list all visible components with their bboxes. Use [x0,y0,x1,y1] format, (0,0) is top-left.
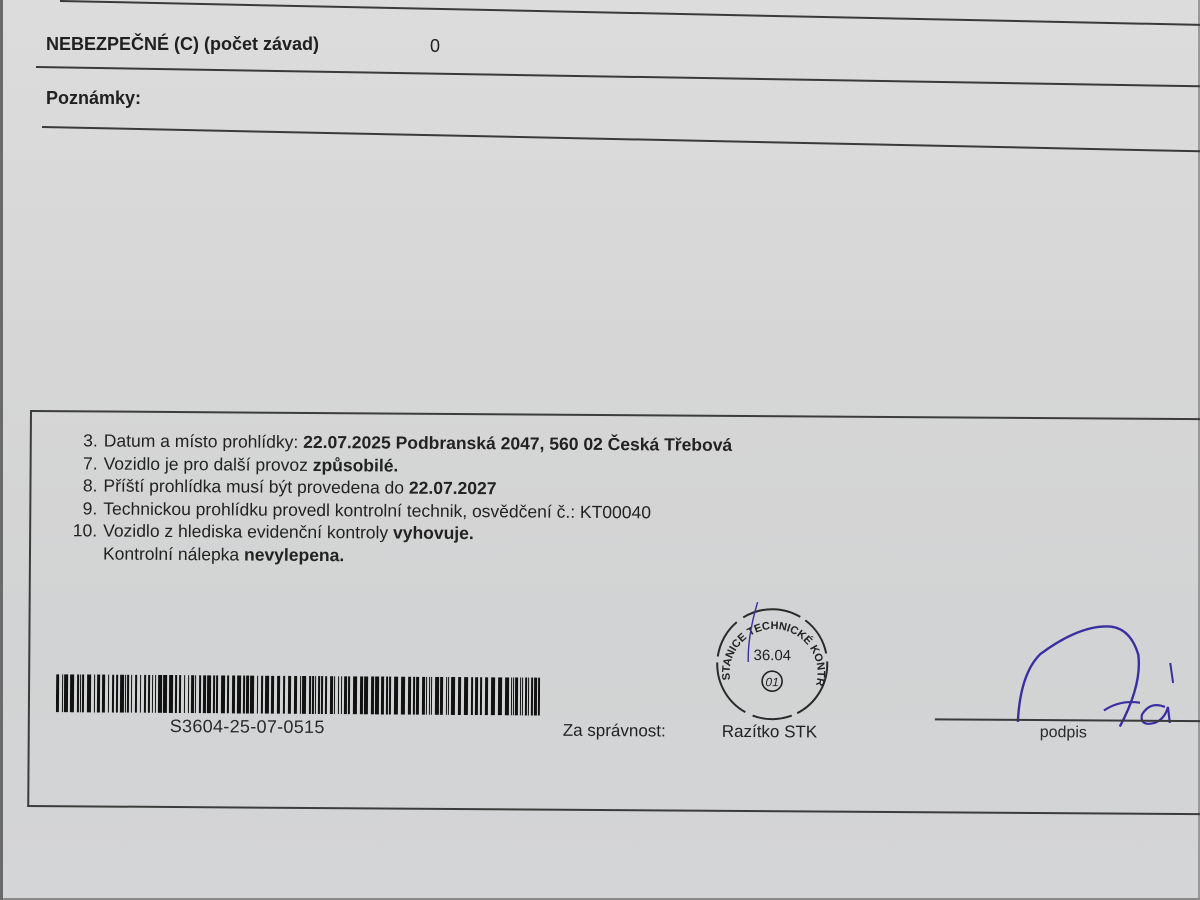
item-value: vyhovuje. [393,523,474,544]
dangerous-defects-label: NEBEZPEČNÉ (C) (počet závad) [46,34,319,55]
svg-text:36.04: 36.04 [753,647,791,664]
item-text: Vozidlo je pro další provoz [104,453,313,474]
rule-after-notes [42,126,1200,152]
signature-label: podpis [1040,724,1087,742]
barcode-number: S3604-25-07-0515 [170,716,325,738]
item-value: 22.07.2027 [409,478,497,499]
rule-after-dangerous [36,66,1200,87]
barcode [56,674,540,715]
item-number: 3. [68,429,98,452]
top-rule [60,0,1200,26]
item-number: 9. [67,497,97,520]
correctness-label: Za správnost: [563,721,666,742]
item-text: Technickou prohlídku provedl kontrolní t… [103,498,651,522]
certificate-item: Kontrolní nálepka nevylepena. [67,542,732,569]
notes-label: Poznámky: [46,88,141,109]
certificate-items: 3.Datum a místo prohlídky: 22.07.2025 Po… [67,429,732,569]
certificate-box: 3.Datum a místo prohlídky: 22.07.2025 Po… [27,410,1200,815]
stk-stamp-icon: STANICE TECHNICKÉ KONTROL 36.04 01 [712,602,833,723]
svg-text:01: 01 [765,675,778,689]
item-value: způsobilé. [313,454,399,475]
stamp-label: Razítko STK [722,722,818,743]
item-text: Kontrolní nálepka [103,543,244,564]
item-value: nevylepena. [244,544,344,565]
dangerous-defects-count: 0 [430,36,440,57]
item-text: Vozidlo z hlediska evidenční kontroly [103,521,393,543]
item-number: 10. [67,519,97,542]
item-value: 22.07.2025 Podbranská 2047, 560 02 Česká… [303,432,732,455]
item-number: 7. [68,452,98,475]
item-number: 8. [67,474,97,497]
item-text: Příští prohlídka musí být provedena do [103,476,409,498]
item-text: Datum a místo prohlídky: [104,431,304,452]
signature-icon [980,614,1200,736]
